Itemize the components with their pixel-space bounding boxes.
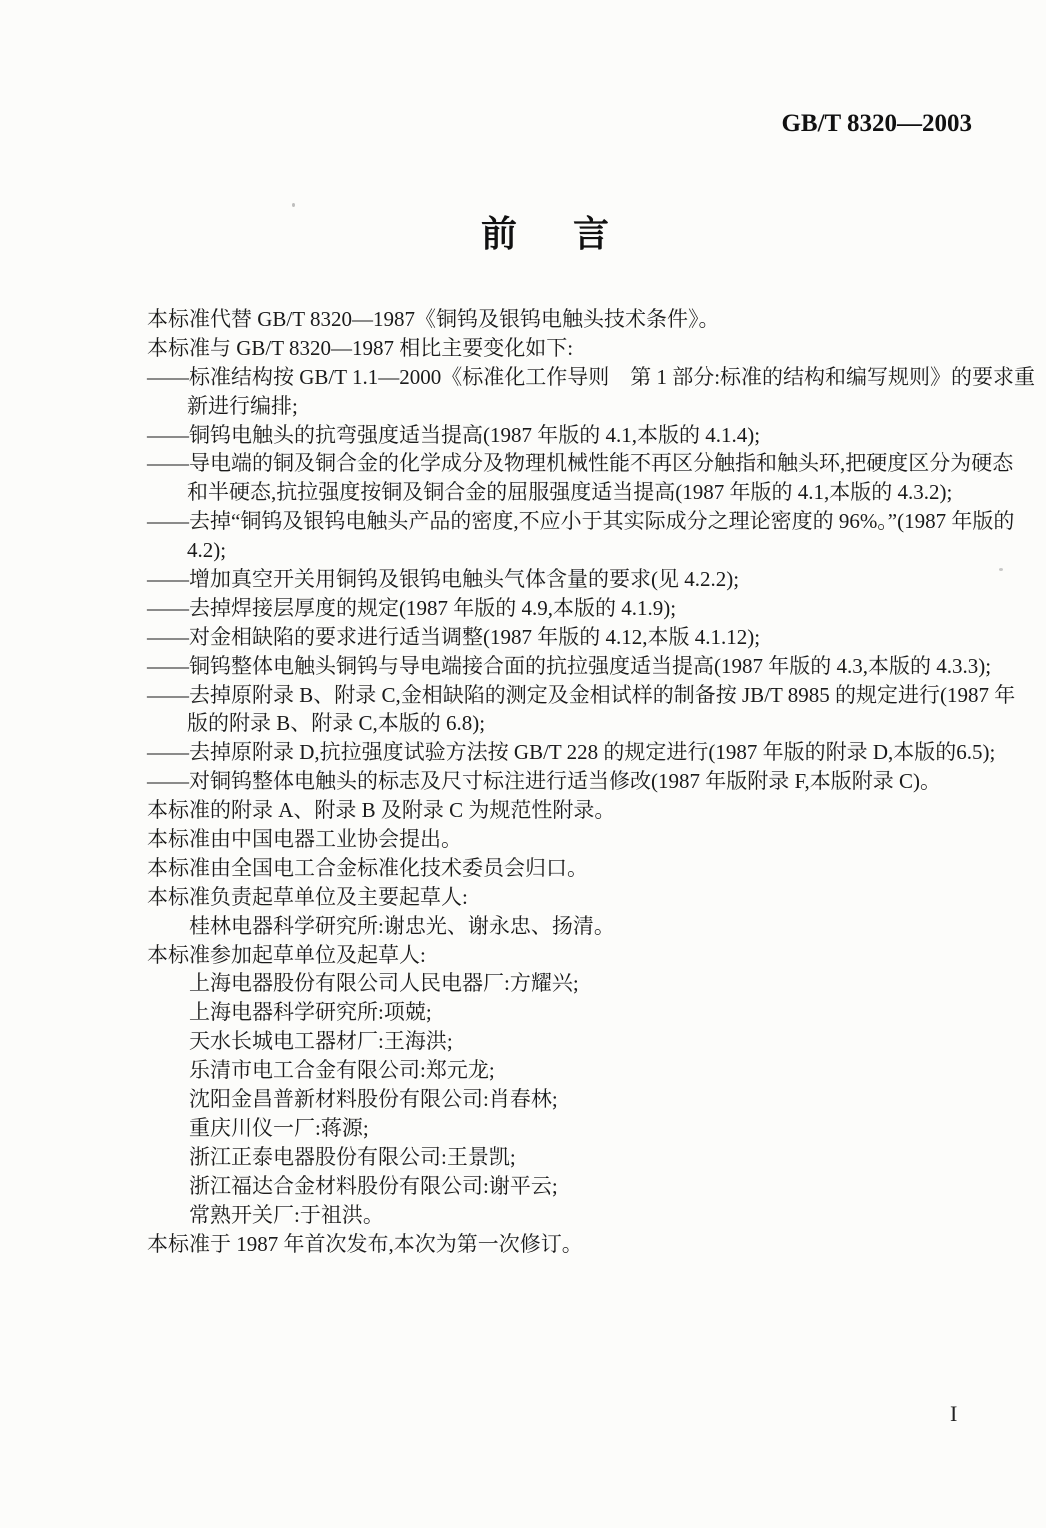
foreword-line: 上海电器科学研究所:项兢; xyxy=(147,998,1017,1027)
foreword-line: 本标准由中国电器工业协会提出。 xyxy=(147,825,1017,854)
foreword-line: ——对金相缺陷的要求进行适当调整(1987 年版的 4.12,本版 4.1.12… xyxy=(147,623,1017,652)
foreword-line: 本标准的附录 A、附录 B 及附录 C 为规范性附录。 xyxy=(147,796,1017,825)
page-number: I xyxy=(950,1401,957,1427)
foreword-line: 本标准参加起草单位及起草人: xyxy=(147,941,1017,970)
foreword-line: 天水长城电工器材厂:王海洪; xyxy=(147,1027,1017,1056)
foreword-line: ——去掉原附录 D,抗拉强度试验方法按 GB/T 228 的规定进行(1987 … xyxy=(147,738,1017,767)
foreword-line: ——对铜钨整体电触头的标志及尺寸标注进行适当修改(1987 年版附录 F,本版附… xyxy=(147,767,1017,796)
foreword-line: 本标准与 GB/T 8320—1987 相比主要变化如下: xyxy=(147,334,1017,363)
foreword-line: ——铜钨电触头的抗弯强度适当提高(1987 年版的 4.1,本版的 4.1.4)… xyxy=(147,421,1017,450)
foreword-line: ——标准结构按 GB/T 1.1—2000《标准化工作导则 第 1 部分:标准的… xyxy=(147,363,1017,392)
foreword-line: ——增加真空开关用铜钨及银钨电触头气体含量的要求(见 4.2.2); xyxy=(147,565,1017,594)
foreword-line: ——去掉原附录 B、附录 C,金相缺陷的测定及金相试样的制备按 JB/T 898… xyxy=(147,681,1017,710)
foreword-line: 新进行编排; xyxy=(147,392,1017,421)
foreword-line: 桂林电器科学研究所:谢忠光、谢永忠、扬清。 xyxy=(147,912,1017,941)
foreword-line: ——去掉焊接层厚度的规定(1987 年版的 4.9,本版的 4.1.9); xyxy=(147,594,1017,623)
foreword-line: 乐清市电工合金有限公司:郑元龙; xyxy=(147,1056,1017,1085)
scan-artifact xyxy=(999,568,1003,571)
foreword-line: 浙江福达合金材料股份有限公司:谢平云; xyxy=(147,1172,1017,1201)
document-page: GB/T 8320—2003 前言 本标准代替 GB/T 8320—1987《铜… xyxy=(0,0,1046,1528)
page-title: 前言 xyxy=(481,206,665,257)
foreword-line: ——去掉“铜钨及银钨电触头产品的密度,不应小于其实际成分之理论密度的 96%。”… xyxy=(147,507,1017,536)
foreword-line: 4.2); xyxy=(147,536,1017,565)
foreword-line: 本标准代替 GB/T 8320—1987《铜钨及银钨电触头技术条件》。 xyxy=(147,305,1017,334)
scan-artifact xyxy=(292,203,295,207)
foreword-line: 本标准由全国电工合金标准化技术委员会归口。 xyxy=(147,854,1017,883)
foreword-body: 本标准代替 GB/T 8320—1987《铜钨及银钨电触头技术条件》。 本标准与… xyxy=(147,305,1017,1258)
standard-code: GB/T 8320—2003 xyxy=(781,110,972,138)
foreword-line: 本标准负责起草单位及主要起草人: xyxy=(147,883,1017,912)
foreword-line: ——铜钨整体电触头铜钨与导电端接合面的抗拉强度适当提高(1987 年版的 4.3… xyxy=(147,652,1017,681)
foreword-line: 本标准于 1987 年首次发布,本次为第一次修订。 xyxy=(147,1230,1017,1259)
foreword-line: 重庆川仪一厂:蒋源; xyxy=(147,1114,1017,1143)
foreword-line: 和半硬态,抗拉强度按铜及铜合金的屈服强度适当提高(1987 年版的 4.1,本版… xyxy=(147,478,1017,507)
foreword-line: 常熟开关厂:于祖洪。 xyxy=(147,1201,1017,1230)
foreword-line: 浙江正泰电器股份有限公司:王景凯; xyxy=(147,1143,1017,1172)
foreword-line: 上海电器股份有限公司人民电器厂:方耀兴; xyxy=(147,969,1017,998)
foreword-line: 版的附录 B、附录 C,本版的 6.8); xyxy=(147,709,1017,738)
foreword-line: ——导电端的铜及铜合金的化学成分及物理机械性能不再区分触指和触头环,把硬度区分为… xyxy=(147,449,1017,478)
foreword-line: 沈阳金昌普新材料股份有限公司:肖春林; xyxy=(147,1085,1017,1114)
